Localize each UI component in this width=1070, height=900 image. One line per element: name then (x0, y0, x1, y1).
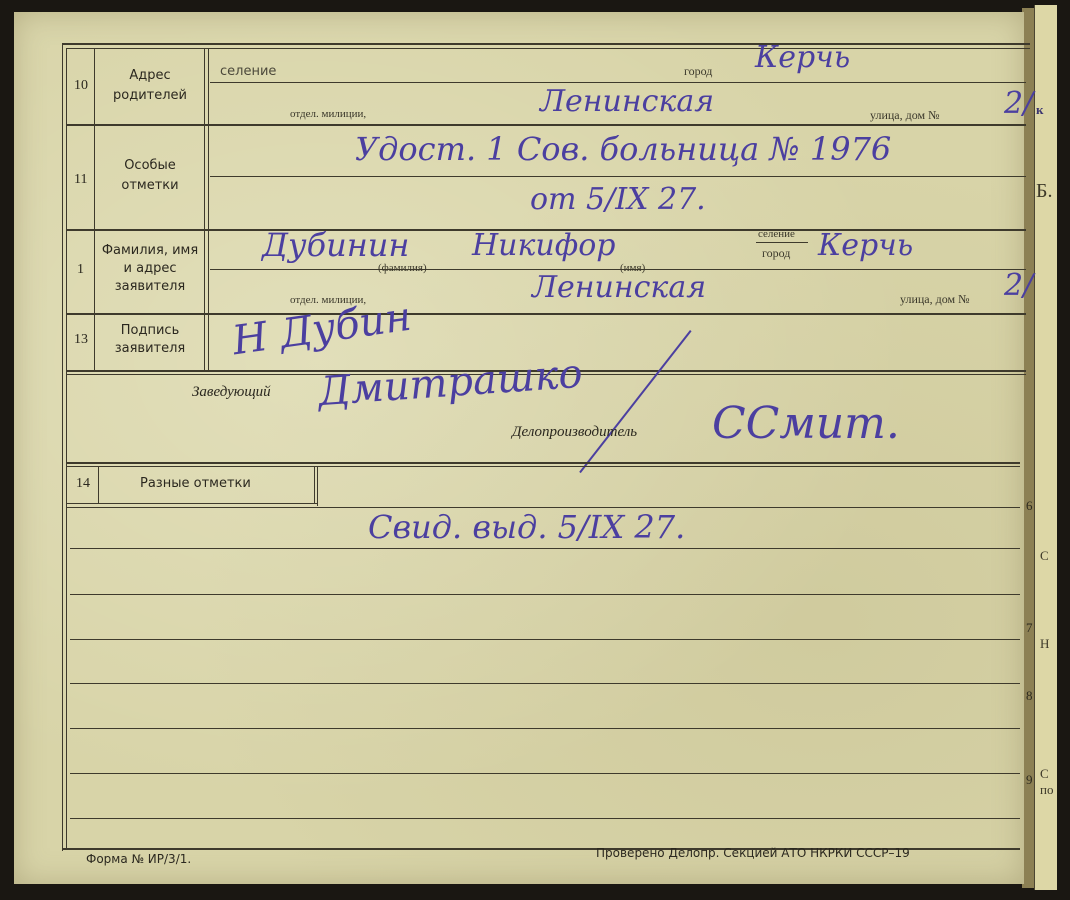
adjacent-page-edge (1034, 5, 1057, 890)
form-number: Форма № ИР/3/1. (86, 852, 191, 866)
misc-label-border (314, 466, 315, 504)
writing-line (210, 176, 1026, 177)
writing-line (70, 728, 1020, 729)
frame-left-inner (66, 48, 67, 848)
handwritten-city: Керчь (755, 40, 850, 75)
frame-left (62, 43, 63, 851)
writing-line (70, 594, 1020, 595)
adjacent-fragment: Н (1040, 636, 1049, 652)
row-number: 10 (74, 78, 88, 94)
row-separator (66, 462, 1020, 464)
verification-note: Проверено Делопр. Секцией АТО НКРКИ СССР… (596, 846, 910, 860)
head-label: Заведующий (192, 384, 271, 401)
row-label: Разные отметки (140, 474, 251, 494)
row-label: Особые отметки (100, 156, 200, 196)
row-number: 1 (77, 262, 84, 278)
adjacent-row-number: 7 (1026, 620, 1033, 636)
frame-top (62, 43, 1030, 45)
writing-line (70, 548, 1020, 549)
otdel-label: отдел. милиции, (290, 108, 366, 120)
adjacent-fragment: С (1040, 548, 1049, 564)
col-number-divider (98, 466, 99, 504)
handwritten-house: 2/ (1004, 268, 1033, 303)
adjacent-row-number: 8 (1026, 688, 1033, 704)
selenie-label: селение (220, 62, 276, 82)
adjacent-fragment: к (1036, 102, 1044, 118)
misc-label-border-inner (317, 466, 318, 506)
ulitsa-label: улица, дом № (870, 108, 940, 123)
handwritten-first-name: Никифор (472, 228, 615, 263)
handwritten-note-line2: от 5/IX 27. (530, 182, 706, 217)
adjacent-fragment: С (1040, 766, 1049, 782)
handwritten-street: Ленинская (540, 84, 714, 119)
writing-line (70, 773, 1020, 774)
frame-top-inner (66, 48, 1030, 49)
handwritten-note-line1: Удост. 1 Сов. больница № 1976 (355, 130, 891, 168)
row-separator (66, 313, 1026, 315)
col-label-divider (204, 48, 205, 370)
adjacent-fragment: по (1040, 782, 1053, 798)
col-number-divider (94, 48, 95, 370)
row-label: Фамилия, имя и адрес заявителя (100, 242, 200, 296)
row-separator-inner (66, 466, 1020, 467)
writing-line (70, 639, 1020, 640)
adjacent-fragment: Б. (1036, 180, 1052, 203)
col-label-divider-inner (208, 48, 209, 370)
row-number: 14 (76, 476, 90, 492)
gorod-label: город (684, 64, 712, 79)
misc-label-bottom (66, 503, 318, 504)
handwritten-surname: Дубинин (262, 226, 409, 264)
handwritten-street: Ленинская (532, 270, 706, 305)
row-label: Подпись заявителя (100, 322, 200, 358)
writing-line (70, 683, 1020, 684)
adjacent-row-number: 6 (1026, 498, 1033, 514)
row-label: Адрес родителей (100, 66, 200, 106)
handwritten-misc-note: Свид. выд. 5/IX 27. (368, 508, 685, 546)
handwritten-city: Керчь (818, 228, 913, 263)
gorod-label: город (762, 246, 790, 261)
handwritten-house: 2/ (1004, 86, 1033, 121)
row-number: 11 (74, 172, 87, 188)
clerk-label: Делопроизводитель (512, 424, 637, 441)
writing-line (70, 818, 1020, 819)
row-number: 13 (74, 332, 88, 348)
clerk-signature: ССмит. (712, 398, 900, 449)
fraction-line (756, 242, 808, 243)
adjacent-row-number: 9 (1026, 772, 1033, 788)
row-separator (66, 124, 1026, 126)
selenie-label: селение (758, 228, 795, 240)
writing-line (210, 82, 1026, 83)
ulitsa-label: улица, дом № (900, 292, 970, 307)
